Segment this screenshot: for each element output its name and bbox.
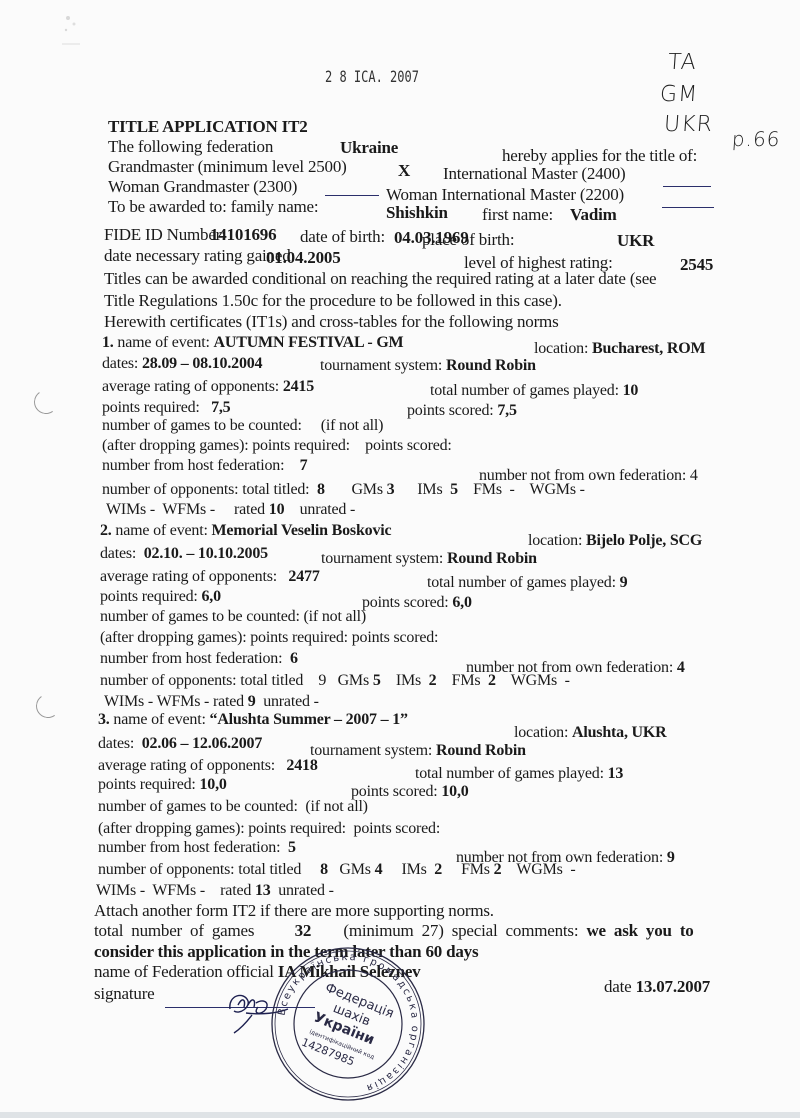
norm-1-total-games: total number of games played: 10 xyxy=(430,382,638,400)
first-name-label: first name: xyxy=(482,206,553,224)
dob-label: date of birth: xyxy=(300,228,385,246)
norm-3-location: location: Alushta, UKR xyxy=(514,724,667,742)
family-name-label: To be awarded to: family name: xyxy=(108,198,318,216)
norm-3-games-counted: number of games to be counted: (if not a… xyxy=(98,798,368,816)
norm-2-women-rated: WIMs - WFMs - rated 9 unrated - xyxy=(104,693,319,711)
family-name-value: Shishkin xyxy=(386,204,448,222)
place-of-birth-value: UKR xyxy=(617,232,654,250)
wgm-label: Woman Grandmaster (2300) xyxy=(108,178,297,196)
norm-2-points-required: points required: 6,0 xyxy=(100,588,221,606)
norm-3-points-required: points required: 10,0 xyxy=(98,776,227,794)
norm-1-women-rated: WIMs - WFMs - rated 10 unrated - xyxy=(106,501,355,519)
norm-1-dates: dates: 28.09 – 08.10.2004 xyxy=(102,355,262,373)
norm-1-event-row: 1. name of event: AUTUMN FESTIVAL - GM xyxy=(102,334,403,352)
norm-2-location: location: Bijelo Polje, SCG xyxy=(528,532,702,550)
norm-3-opponents: number of opponents: total titled 8 GMs … xyxy=(98,861,575,879)
norm-3-avg-rating: average rating of opponents: 2418 xyxy=(98,757,318,775)
norm-2-system: tournament system: Round Robin xyxy=(321,550,537,568)
fide-id-value: 14101696 xyxy=(210,226,276,244)
norm-2-host-fed: number from host federation: 6 xyxy=(100,650,298,668)
wim-blank xyxy=(662,193,714,208)
norm-1-games-counted: number of games to be counted: (if not a… xyxy=(102,417,383,435)
federation-label: The following federation xyxy=(108,138,273,156)
norm-1-location: location: Bucharest, ROM xyxy=(534,340,705,358)
punch-hole xyxy=(32,388,60,416)
scan-smudge xyxy=(58,10,88,50)
norm-1-opponents: number of opponents: total titled: 8 GMs… xyxy=(102,481,585,499)
handwritten-note: GM xyxy=(659,82,699,107)
federation-seal-icon: Всеукраїнська громадська організація Фед… xyxy=(268,944,428,1104)
norm-2-event-row: 2. name of event: Memorial Veselin Bosko… xyxy=(100,522,391,540)
norm-2-total-games: total number of games played: 9 xyxy=(427,574,627,592)
signature-label: signature xyxy=(94,985,155,1003)
rating-date-value: 01.04.2005 xyxy=(266,249,341,267)
first-name-value: Vadim xyxy=(570,206,617,224)
norm-1-points-scored: points scored: 7,5 xyxy=(407,402,517,420)
received-date-stamp: 2 8 ІСА. 2007 xyxy=(325,68,419,86)
norm-3-dates: dates: 02.06 – 12.06.2007 xyxy=(98,735,262,753)
gm-label: Grandmaster (minimum level 2500) xyxy=(108,158,347,176)
norm-1-host-fed: number from host federation: 7 xyxy=(102,457,307,475)
federation-value: Ukraine xyxy=(340,139,398,157)
norm-1-system: tournament system: Round Robin xyxy=(320,357,536,375)
gm-mark: X xyxy=(398,162,410,180)
norm-3-points-scored: points scored: 10,0 xyxy=(351,783,469,801)
attach-note: Attach another form IT2 if there are mor… xyxy=(94,902,494,920)
norm-2-games-counted: number of games to be counted: (if not a… xyxy=(100,608,366,626)
im-label: International Master (2400) xyxy=(443,165,625,183)
norm-2-dates: dates: 02.10. – 10.10.2005 xyxy=(100,545,268,563)
im-blank xyxy=(663,172,711,187)
norm-3-after-dropping: (after dropping games): points required:… xyxy=(98,820,440,838)
scan-edge xyxy=(0,1112,800,1118)
handwritten-note: p.66 xyxy=(731,127,781,151)
applies-label: hereby applies for the title of: xyxy=(502,147,697,165)
norm-2-points-scored: points scored: 6,0 xyxy=(362,594,472,612)
norm-3-host-fed: number from host federation: 5 xyxy=(98,839,296,857)
form-title: TITLE APPLICATION IT2 xyxy=(108,118,308,136)
total-games-row: total number of games 32 (minimum 27) sp… xyxy=(94,922,694,940)
norm-3-system: tournament system: Round Robin xyxy=(310,742,526,760)
norm-3-women-rated: WIMs - WFMs - rated 13 unrated - xyxy=(96,882,334,900)
norm-3-event-row: 3. name of event: “Alushta Summer – 2007… xyxy=(98,711,408,729)
date-row: date 13.07.2007 xyxy=(604,978,710,996)
herewith-note: Herewith certificates (IT1s) and cross-t… xyxy=(104,313,559,331)
norm-2-after-dropping: (after dropping games): points required:… xyxy=(100,629,438,647)
norm-2-opponents: number of opponents: total titled 9 GMs … xyxy=(100,672,570,690)
norm-3-total-games: total number of games played: 13 xyxy=(415,765,623,783)
conditional-note-2: Title Regulations 1.50c for the procedur… xyxy=(104,292,562,310)
norm-1-points-required: points required: 7,5 xyxy=(102,399,230,417)
conditional-note-1: Titles can be awarded conditional on rea… xyxy=(104,270,656,288)
wim-label: Woman International Master (2200) xyxy=(386,186,624,204)
handwritten-note: TA xyxy=(667,50,698,75)
wgm-blank xyxy=(325,181,379,196)
highest-rating-value: 2545 xyxy=(680,256,713,274)
norm-1-avg-rating: average rating of opponents: 2415 xyxy=(102,378,314,396)
norm-1-after-dropping: (after dropping games): points required:… xyxy=(102,437,452,455)
norm-2-avg-rating: average rating of opponents: 2477 xyxy=(100,568,320,586)
punch-hole xyxy=(34,692,62,720)
fide-id-label: FIDE ID Number: xyxy=(104,226,226,244)
handwritten-note: UKR xyxy=(663,112,714,137)
place-of-birth-label: place of birth: xyxy=(422,231,514,249)
scanned-document-page: 2 8 ІСА. 2007 TA GM UKR p.66 TITLE APPLI… xyxy=(0,0,800,1118)
